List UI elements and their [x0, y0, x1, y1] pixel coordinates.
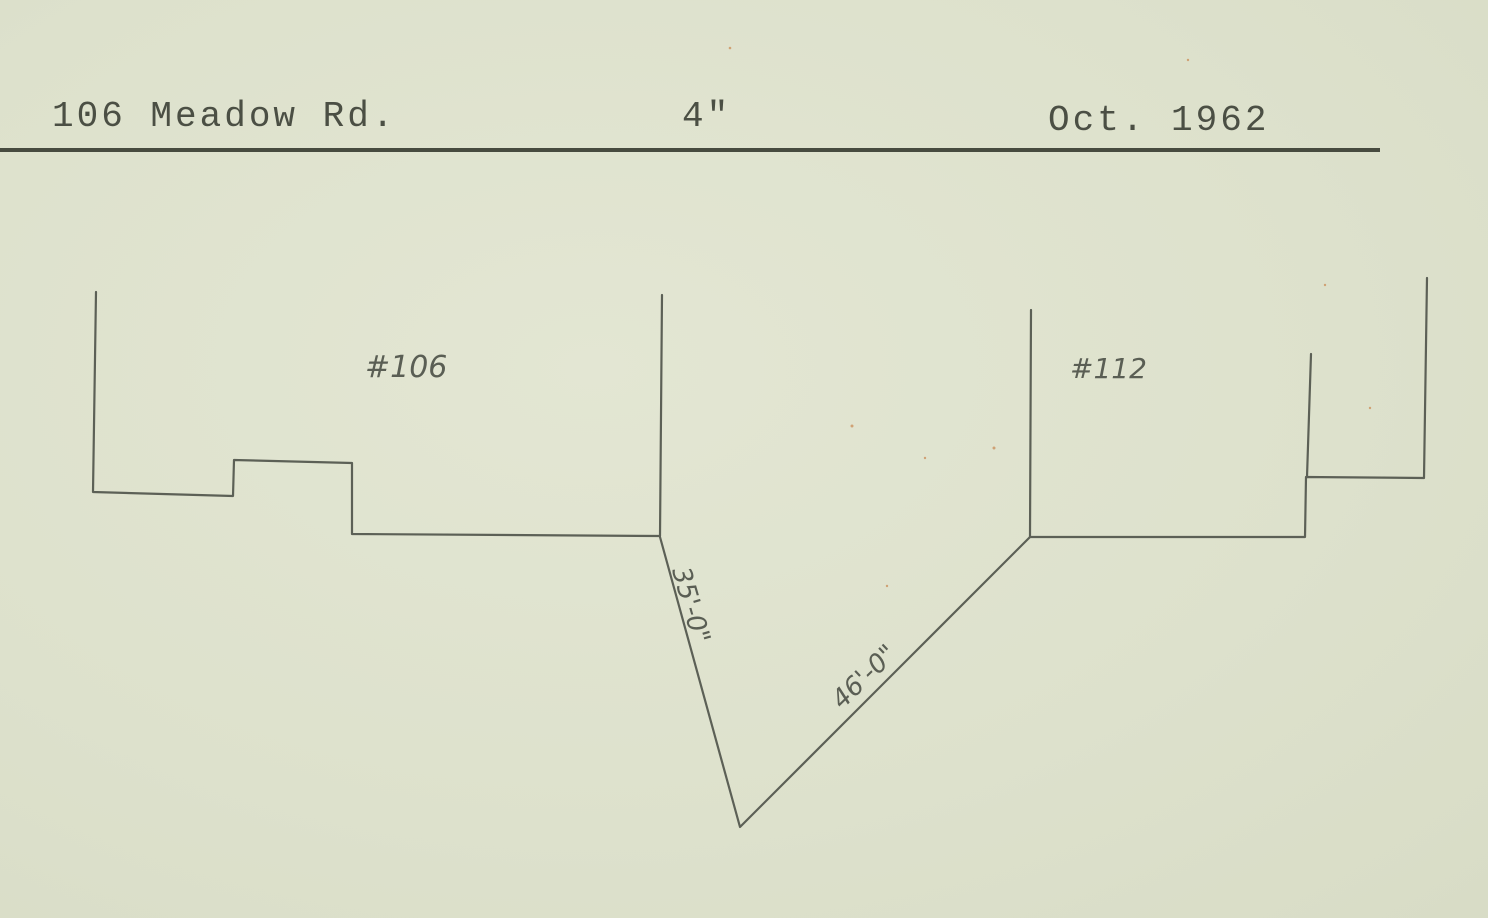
building-112-label: #112	[1070, 352, 1147, 385]
building-112-outline	[1030, 278, 1427, 537]
building-106-outline	[93, 292, 662, 536]
site-sketch: #106 #112 35'-0" 46'-0"	[0, 0, 1488, 918]
dimension-35-label: 35'-0"	[665, 564, 715, 647]
paper-specks	[729, 47, 1372, 588]
building-112-inner-wall	[1307, 354, 1311, 477]
building-106-label: #106	[365, 350, 447, 385]
